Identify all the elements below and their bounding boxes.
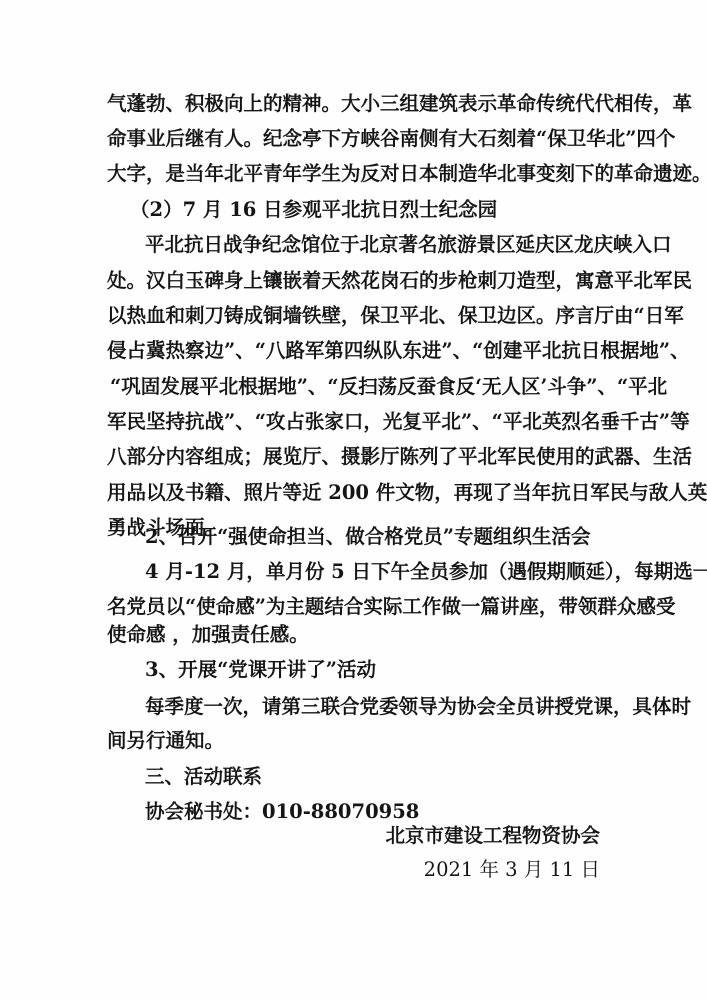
section3-body-line: 每季度一次，请第三联合党委领导为协会全员讲授党课，具体时 (145, 695, 613, 719)
paragraph-visit-line: 处。汉白玉碑身上镶嵌着天然花岗石的步枪刺刀造型，寓意平北军民 (107, 269, 613, 293)
paragraph-visit-line: 军民坚持抗战”、“攻占张家口，光复平北”、“平北英烈名垂千古”等 (107, 410, 613, 434)
paragraph-visit-line: “巩固发展平北根据地”、“反扫荡反蚕食反‘无人区’斗争”、“平北 (110, 375, 613, 399)
paragraph-visit-line: 八部分内容组成；展览厅、摄影厅陈列了平北军民使用的武器、生活 (107, 445, 613, 469)
document-page: 气蓬勃、积极向上的精神。大小三组建筑表示革命传统代代相传，革 命事业后继有人。纪… (0, 0, 707, 1000)
section3-body-line: 间另行通知。 (107, 729, 613, 753)
subheading-visit: （2）7 月 16 日参观平北抗日烈士纪念园 (130, 198, 598, 222)
contact-line: 协会秘书处：010-88070958 (145, 800, 613, 824)
section2-body-line: 使命感 ，加强责任感。 (107, 623, 613, 647)
section3-heading: 3、开展“党课开讲了”活动 (145, 658, 613, 682)
paragraph-visit-line: 侵占冀热察边”、“八路军第四纵队东进”、“创建平北抗日根据地”、 (107, 339, 613, 363)
paragraph-intro-line: 大字，是当年北平青年学生为反对日本制造华北事变刻下的革命遗迹。 (107, 162, 613, 186)
signature-organization: 北京市建设工程物资协会 (385, 824, 600, 848)
paragraph-intro-line: 命事业后继有人。纪念亭下方峡谷南侧有大石刻着“保卫华北”四个 (107, 127, 613, 151)
signature-date: 2021 年 3 月 11 日 (424, 858, 600, 882)
paragraph-visit-line: 以热血和刺刀铸成铜墙铁壁，保卫平北、保卫边区。序言厅由“日军 (107, 304, 613, 328)
section2-heading: 2、召开“强使命担当、做合格党员”专题组织生活会 (145, 525, 613, 549)
paragraph-intro-line: 气蓬勃、积极向上的精神。大小三组建筑表示革命传统代代相传，革 (107, 92, 613, 116)
contact-heading: 三、活动联系 (145, 765, 613, 789)
paragraph-visit-line: 平北抗日战争纪念馆位于北京著名旅游景区延庆区龙庆峡入口 (145, 233, 613, 257)
section2-body-line: 4 月-12 月，单月份 5 日下午全员参加（遇假期顺延），每期选一 (145, 560, 613, 584)
paragraph-visit-line: 用品以及书籍、照片等近 200 件文物，再现了当年抗日军民与敌人英 (107, 481, 613, 505)
section2-body-line: 名党员以“使命感”为主题结合实际工作做一篇讲座，带领群众感受 (107, 595, 613, 619)
